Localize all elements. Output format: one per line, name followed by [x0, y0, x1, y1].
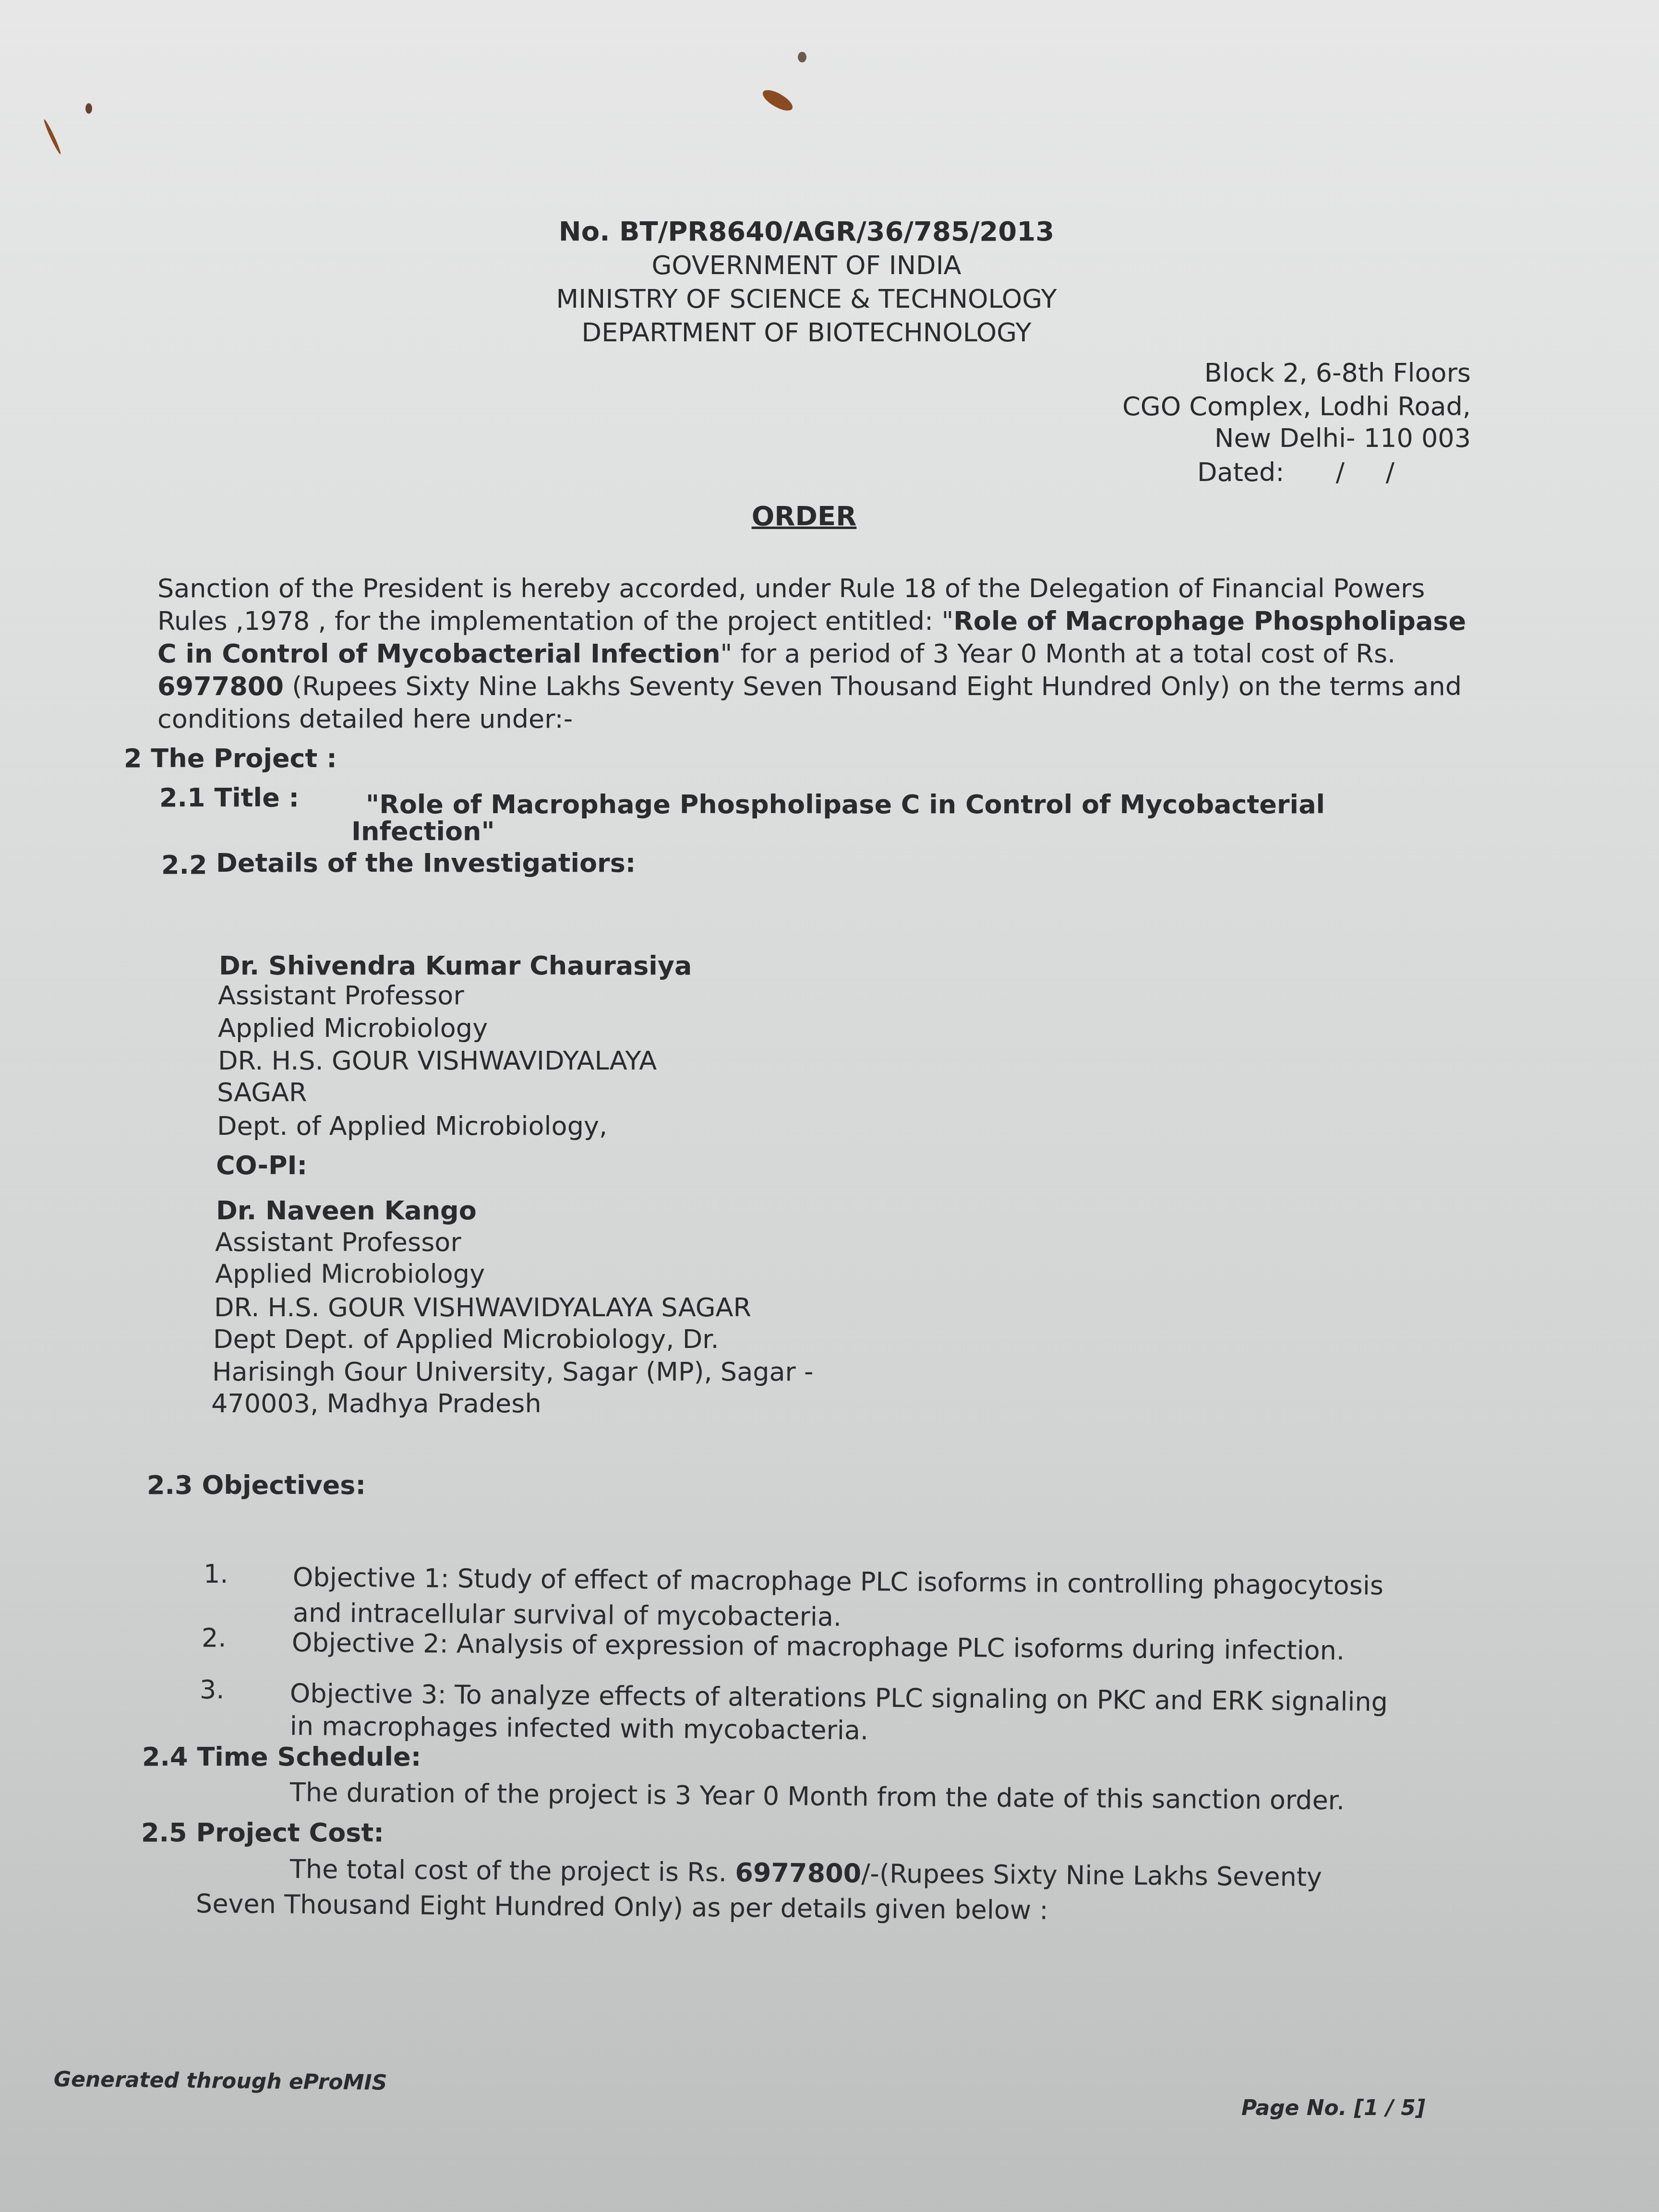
address-line-2: CGO Complex, Lodhi Road,	[1122, 390, 1471, 423]
copi-detail: Dept Dept. of Applied Microbiology, Dr.	[213, 1323, 719, 1356]
dated-value: / /	[1336, 457, 1395, 487]
intro-text: (Rupees Sixty Nine Lakhs Seventy Seven T…	[157, 671, 1462, 734]
investigators-number: 2.2	[161, 850, 207, 880]
investigators-heading: Details of the Investigatiors:	[216, 848, 636, 878]
copi-detail: DR. H.S. GOUR VISHWAVIDYALAYA SAGAR	[214, 1291, 751, 1324]
rust-stain	[760, 86, 796, 114]
copi-detail: Assistant Professor	[215, 1226, 461, 1259]
title-line-1: "Role of Macrophage Phospholipase C in C…	[366, 789, 1325, 819]
copi-label: CO-PI:	[216, 1150, 307, 1180]
address-line-3: New Delhi- 110 003	[1214, 421, 1471, 455]
section-project-heading: 2 The Project :	[124, 743, 337, 773]
copi-detail: Applied Microbiology	[215, 1258, 485, 1290]
title-label: 2.1 Title :	[159, 782, 299, 813]
project-cost-amount: 6977800	[735, 1857, 862, 1888]
objective-number: 2.	[202, 1622, 227, 1654]
copi-name: Dr. Naveen Kango	[216, 1195, 477, 1226]
copi-detail: Harisingh Gour University, Sagar (MP), S…	[212, 1356, 813, 1388]
project-cost-heading: 2.5 Project Cost:	[141, 1817, 384, 1848]
objective-2-line-1: Objective 2: Analysis of expression of m…	[292, 1626, 1345, 1667]
project-cost-text: The total cost of the project is Rs.	[290, 1854, 735, 1887]
pi-detail: Assistant Professor	[218, 979, 464, 1012]
page-number: Page No. [1 / 5]	[1241, 2096, 1425, 2120]
dated-row: Dated: / /	[1197, 456, 1395, 489]
address-line-1: Block 2, 6-8th Floors	[1204, 356, 1471, 390]
objective-number: 3.	[200, 1673, 225, 1706]
header-line-2: MINISTRY OF SCIENCE & TECHNOLOGY	[0, 282, 1613, 316]
rust-stain	[798, 52, 806, 62]
project-cost-text: /-(Rupees Sixty Nine Lakhs Seventy	[861, 1858, 1322, 1892]
objective-number: 1.	[204, 1558, 228, 1590]
pi-detail: SAGAR	[217, 1076, 307, 1109]
objectives-heading: 2.3 Objectives:	[147, 1470, 366, 1500]
copi-detail: 470003, Madhya Pradesh	[211, 1387, 541, 1420]
project-cost-line-2: Seven Thousand Eight Hundred Only) as pe…	[196, 1887, 1048, 1927]
pi-detail: DR. H.S. GOUR VISHWAVIDYALAYA	[218, 1045, 657, 1077]
rust-stain	[85, 103, 92, 114]
intro-text: " for a period of 3 Year 0 Month at a to…	[721, 638, 1396, 669]
order-title: ORDER	[0, 501, 1608, 532]
intro-amount: 6977800	[157, 671, 284, 701]
rust-stain	[42, 119, 62, 155]
pi-detail: Applied Microbiology	[218, 1012, 488, 1045]
pi-name: Dr. Shivendra Kumar Chaurasiya	[219, 950, 692, 981]
project-cost-line-1: The total cost of the project is Rs. 697…	[290, 1853, 1322, 1894]
generated-note: Generated through eProMIS	[54, 2067, 387, 2095]
document-page: No. BT/PR8640/AGR/36/785/2013 GOVERNMENT…	[0, 0, 1659, 2212]
time-schedule-text: The duration of the project is 3 Year 0 …	[290, 1776, 1345, 1817]
objective-1-line-1: Objective 1: Study of effect of macropha…	[293, 1561, 1383, 1602]
title-line-2: Infection"	[351, 816, 495, 846]
header-line-1: GOVERNMENT OF INDIA	[0, 249, 1613, 282]
time-schedule-heading: 2.4 Time Schedule:	[142, 1742, 421, 1772]
sanction-paragraph: Sanction of the President is hereby acco…	[157, 572, 1482, 735]
reference-number: No. BT/PR8640/AGR/36/785/2013	[0, 215, 1613, 249]
header-line-3: DEPARTMENT OF BIOTECHNOLOGY	[0, 316, 1613, 349]
dated-label: Dated:	[1197, 457, 1285, 487]
pi-detail: Dept. of Applied Microbiology,	[217, 1110, 607, 1142]
